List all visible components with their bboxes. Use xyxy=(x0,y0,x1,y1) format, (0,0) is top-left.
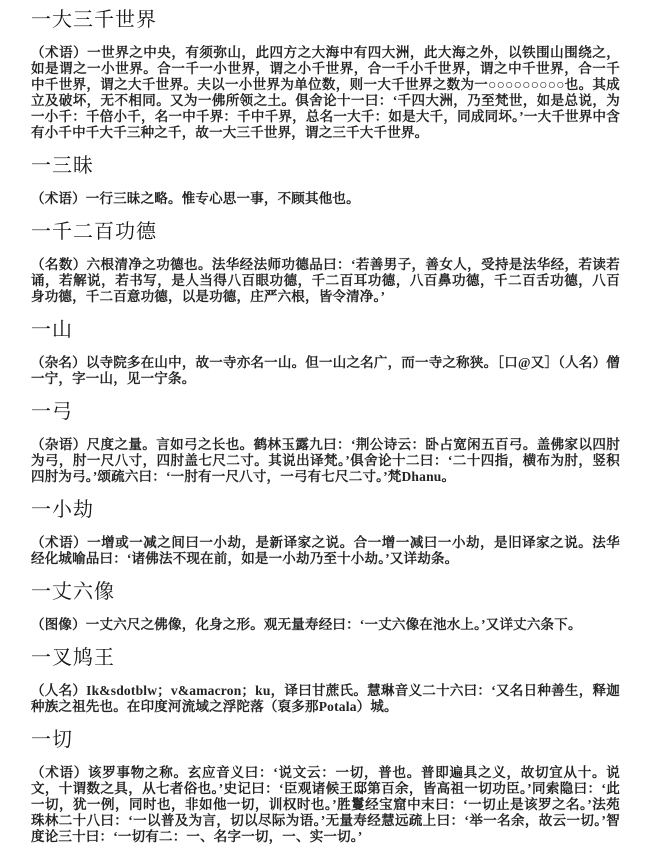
entry-term: 一三昧 xyxy=(31,154,620,178)
entry-definition: （术语）一世界之中央，有须弥山，此四方之大海中有四大洲，此大海之外，以铁围山围绕… xyxy=(31,45,620,141)
entry-definition: （人名）Ik&sdotblw；v&amacron；ku，译曰甘蔗氏。慧琳音义二十… xyxy=(31,683,620,715)
dictionary-entry: 一弓 （杂语）尺度之量。言如弓之长也。鹤林玉露九曰：‘荆公诗云：卧占宽闲五百弓。… xyxy=(31,400,620,485)
dictionary-entry: 一叉鸠王 （人名）Ik&sdotblw；v&amacron；ku，译曰甘蔗氏。慧… xyxy=(31,646,620,715)
dictionary-entry: 一千二百功德 （名数）六根清净之功德也。法华经法师功德品曰：‘若善男子，善女人，… xyxy=(31,220,620,305)
entry-term: 一千二百功德 xyxy=(31,220,620,244)
document-page: 一大三千世界 （术语）一世界之中央，有须弥山，此四方之大海中有四大洲，此大海之外… xyxy=(0,0,650,850)
dictionary-entry: 一山 （杂名）以寺院多在山中，故一寺亦名一山。但一山之名广，而一寺之称狭。［口@… xyxy=(31,318,620,387)
entry-definition: （杂语）尺度之量。言如弓之长也。鹤林玉露九曰：‘荆公诗云：卧占宽闲五百弓。盖佛家… xyxy=(31,437,620,485)
entry-term: 一山 xyxy=(31,318,620,342)
dictionary-entry: 一小劫 （术语）一增或一减之间曰一小劫，是新译家之说。合一增一减曰一小劫，是旧译… xyxy=(31,498,620,567)
entry-definition: （术语）一行三昧之略。惟专心思一事，不顾其他也。 xyxy=(31,191,620,207)
entry-term: 一弓 xyxy=(31,400,620,424)
dictionary-entry: 一三昧 （术语）一行三昧之略。惟专心思一事，不顾其他也。 xyxy=(31,154,620,207)
dictionary-entry: 一大三千世界 （术语）一世界之中央，有须弥山，此四方之大海中有四大洲，此大海之外… xyxy=(31,8,620,141)
entry-term: 一大三千世界 xyxy=(31,8,620,32)
dictionary-entry: 一切 （术语）该罗事物之称。玄应音义曰：‘说文云：一切，普也。普即遍具之义，故切… xyxy=(31,728,620,845)
entry-definition: （杂名）以寺院多在山中，故一寺亦名一山。但一山之名广，而一寺之称狭。［口@又］（… xyxy=(31,355,620,387)
entry-term: 一小劫 xyxy=(31,498,620,522)
entry-term: 一切 xyxy=(31,728,620,752)
entry-term: 一叉鸠王 xyxy=(31,646,620,670)
entry-definition: （术语）一增或一减之间曰一小劫，是新译家之说。合一增一减曰一小劫，是旧译家之说。… xyxy=(31,535,620,567)
dictionary-entry: 一丈六像 （图像）一丈六尺之佛像，化身之形。观无量寿经曰：‘一丈六像在池水上。’… xyxy=(31,580,620,633)
entry-definition: （术语）该罗事物之称。玄应音义曰：‘说文云：一切，普也。普即遍具之义，故切宜从十… xyxy=(31,765,620,845)
entry-definition: （名数）六根清净之功德也。法华经法师功德品曰：‘若善男子，善女人，受持是法华经，… xyxy=(31,257,620,305)
entry-definition: （图像）一丈六尺之佛像，化身之形。观无量寿经曰：‘一丈六像在池水上。’又详丈六条… xyxy=(31,617,620,633)
entry-term: 一丈六像 xyxy=(31,580,620,604)
